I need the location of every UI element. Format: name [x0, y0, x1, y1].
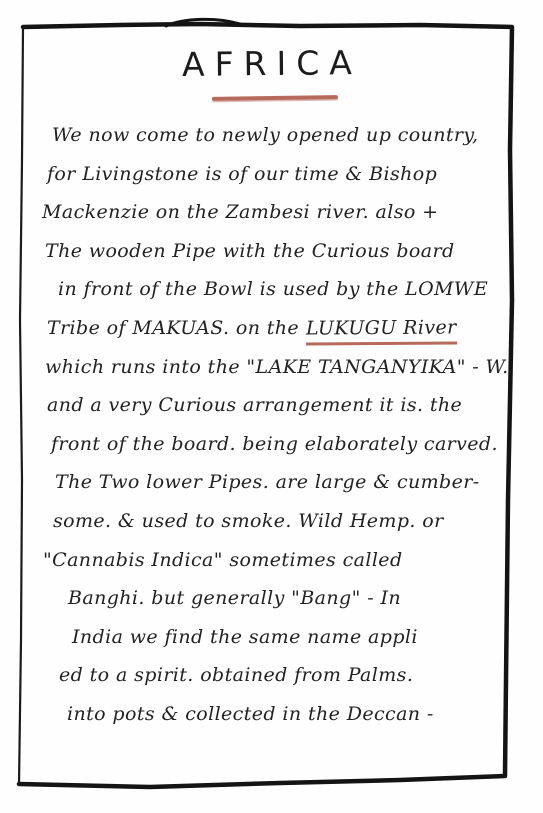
title-red-underline [212, 95, 338, 101]
manuscript-line: We now come to newly opened up country, [52, 116, 507, 155]
title-block: AFRICA [0, 44, 543, 83]
red-underlined-text: LUKUGU River [305, 318, 456, 345]
manuscript-body: We now come to newly opened up country, … [42, 116, 507, 734]
manuscript-line: "Cannabis Indica" sometimes called [43, 541, 507, 580]
manuscript-line: The Two lower Pipes. are large & cumber- [55, 463, 507, 502]
manuscript-line: in front of the Bowl is used by the LOMW… [58, 270, 507, 309]
manuscript-page: AFRICA We now come to newly opened up co… [0, 0, 543, 813]
manuscript-line: India we find the same name appli [72, 618, 507, 657]
manuscript-line: for Livingstone is of our time & Bishop [47, 155, 507, 194]
manuscript-line: Mackenzie on the Zambesi river. also + [42, 193, 507, 232]
manuscript-line: ed to a spirit. obtained from Palms. [59, 656, 507, 695]
manuscript-line: which runs into the "LAKE TANGANYIKA" - … [45, 348, 507, 387]
manuscript-line: and a very Curious arrangement it is. th… [47, 386, 507, 425]
page-title: AFRICA [181, 43, 361, 84]
manuscript-line: Banghi. but generally "Bang" - In [68, 579, 507, 618]
manuscript-line: The wooden Pipe with the Curious board [45, 232, 507, 271]
manuscript-line: front of the board. being elaborately ca… [51, 425, 507, 464]
manuscript-line: some. & used to smoke. Wild Hemp. or [53, 502, 507, 541]
manuscript-line: into pots & collected in the Deccan - [67, 695, 507, 734]
manuscript-line: Tribe of MAKUAS. on the LUKUGU River [47, 309, 507, 348]
